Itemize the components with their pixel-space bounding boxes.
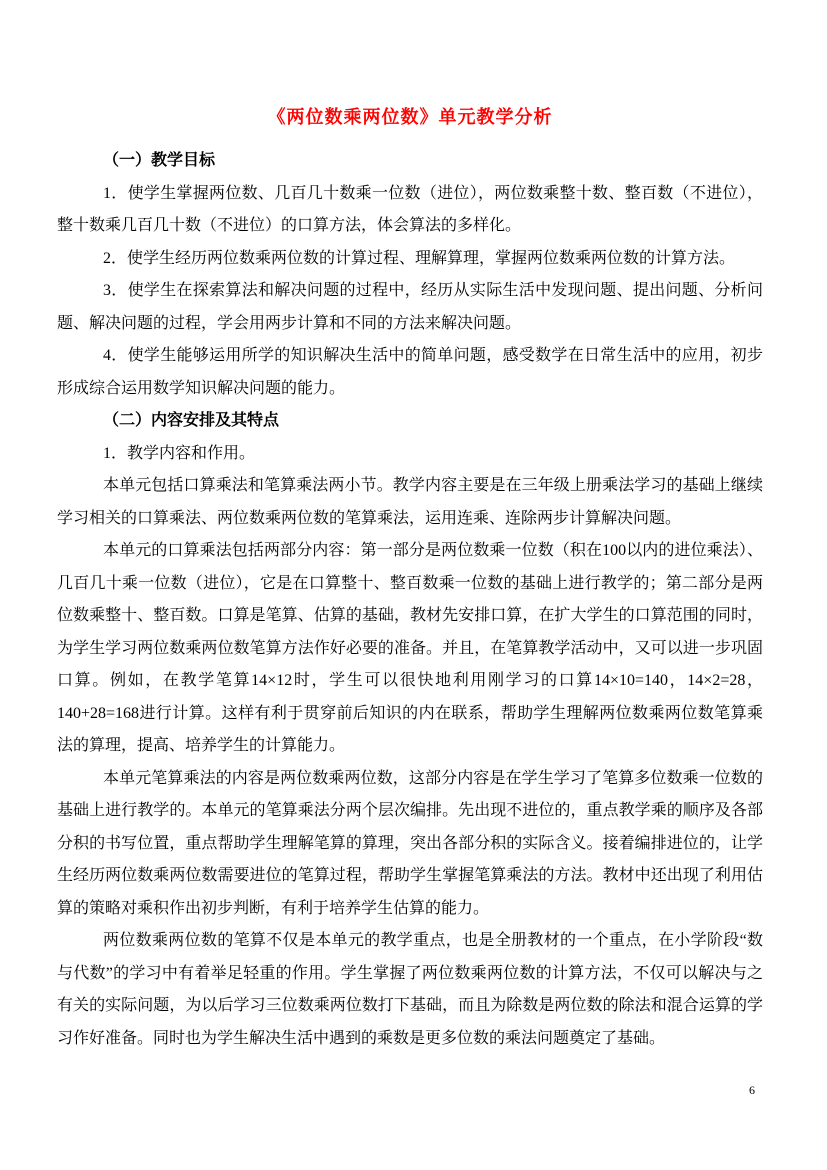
paragraph-importance: 两位数乘两位数的笔算不仅是本单元的教学重点，也是全册教材的一个重点，在小学阶段“…	[57, 925, 763, 1055]
paragraph-objective-3: 3．使学生在探索算法和解决问题的过程中，经历从实际生活中发现问题、提出问题、分析…	[57, 275, 763, 340]
section-heading-content-arrangement: （二）内容安排及其特点	[57, 405, 763, 438]
section-heading-objectives: （一）教学目标	[57, 145, 763, 178]
document-title: 《两位数乘两位数》单元教学分析	[57, 104, 763, 130]
paragraph-oral-multiplication: 本单元的口算乘法包括两部分内容：第一部分是两位数乘一位数（积在100以内的进位乘…	[57, 535, 763, 763]
paragraph-unit-overview: 本单元包括口算乘法和笔算乘法两小节。教学内容主要是在三年级上册乘法学习的基础上继…	[57, 470, 763, 535]
document-page: 《两位数乘两位数》单元教学分析 （一）教学目标 1．使学生掌握两位数、几百几十数…	[0, 0, 827, 1170]
paragraph-objective-2: 2．使学生经历两位数乘两位数的计算过程、理解算理，掌握两位数乘两位数的计算方法。	[57, 243, 763, 276]
paragraph-objective-1: 1．使学生掌握两位数、几百几十数乘一位数（进位），两位数乘整十数、整百数（不进位…	[57, 178, 763, 243]
paragraph-written-multiplication: 本单元笔算乘法的内容是两位数乘两位数，这部分内容是在学生学习了笔算多位数乘一位数…	[57, 763, 763, 926]
page-number: 6	[749, 1083, 755, 1097]
paragraph-objective-4: 4．使学生能够运用所学的知识解决生活中的简单问题，感受数学在日常生活中的应用，初…	[57, 340, 763, 405]
paragraph-content-role-title: 1．教学内容和作用。	[57, 438, 763, 471]
